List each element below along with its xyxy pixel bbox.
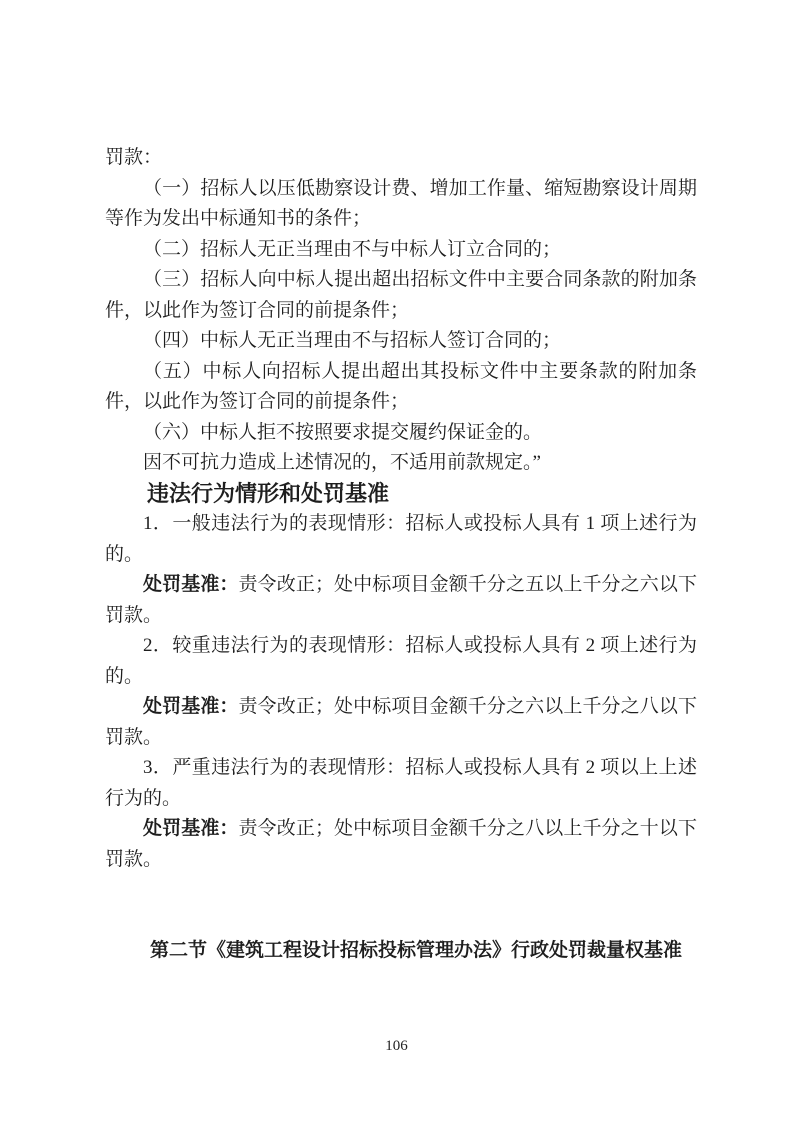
clause-1-penalty: 处罚基准：责令改正；处中标项目金额千分之五以上千分之六以下罚款。 bbox=[105, 570, 697, 631]
document-page: 罚款： （一）招标人以压低勘察设计费、增加工作量、缩短勘察设计周期等作为发出中标… bbox=[0, 0, 793, 1122]
subheading-violation-basis: 违法行为情形和处罚基准 bbox=[105, 479, 697, 510]
section-heading: 第二节《建筑工程设计招标投标管理办法》行政处罚裁量权基准 bbox=[135, 936, 697, 967]
clause-3-penalty: 处罚基准：责令改正；处中标项目金额千分之八以上千分之十以下罚款。 bbox=[105, 814, 697, 875]
list-item-3: （三）招标人向中标人提出超出招标文件中主要合同条款的附加条件，以此作为签订合同的… bbox=[105, 265, 697, 326]
clause-2-penalty-label: 处罚基准： bbox=[143, 696, 239, 717]
clause-1-situation: 1．一般违法行为的表现情形：招标人或投标人具有 1 项上述行为的。 bbox=[105, 509, 697, 570]
list-item-4: （四）中标人无正当理由不与招标人签订合同的； bbox=[105, 326, 697, 357]
list-item-6: （六）中标人拒不按照要求提交履约保证金的。 bbox=[105, 418, 697, 449]
clause-3-situation: 3．严重违法行为的表现情形：招标人或投标人具有 2 项以上上述行为的。 bbox=[105, 753, 697, 814]
clause-3-penalty-label: 处罚基准： bbox=[143, 818, 239, 839]
document-body: 罚款： （一）招标人以压低勘察设计费、增加工作量、缩短勘察设计周期等作为发出中标… bbox=[105, 143, 697, 967]
clause-2-situation: 2．较重违法行为的表现情形：招标人或投标人具有 2 项上述行为的。 bbox=[105, 631, 697, 692]
list-item-5: （五）中标人向招标人提出超出其投标文件中主要条款的附加条件，以此作为签订合同的前… bbox=[105, 357, 697, 418]
clause-1-penalty-label: 处罚基准： bbox=[143, 574, 239, 595]
page-number: 106 bbox=[0, 1038, 793, 1055]
list-item-1: （一）招标人以压低勘察设计费、增加工作量、缩短勘察设计周期等作为发出中标通知书的… bbox=[105, 174, 697, 235]
clause-2-penalty: 处罚基准：责令改正；处中标项目金额千分之六以上千分之八以下罚款。 bbox=[105, 692, 697, 753]
paragraph-opening: 罚款： bbox=[105, 143, 697, 174]
paragraph-exception: 因不可抗力造成上述情况的，不适用前款规定。” bbox=[105, 448, 697, 479]
list-item-2: （二）招标人无正当理由不与中标人订立合同的； bbox=[105, 235, 697, 266]
